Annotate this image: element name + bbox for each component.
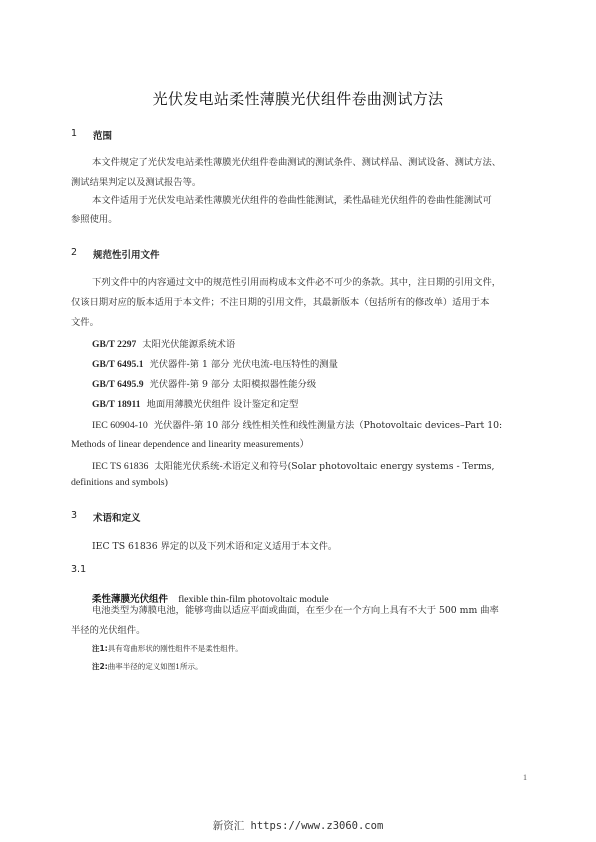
definition-line: 半径的光伏组件。 — [71, 623, 145, 639]
paragraph-line: 仅该日期对应的版本适用于本文件；不注日期的引用文件，其最新版本（包括所有的修改单… — [71, 295, 489, 311]
reference-title: 地面用薄膜光伏组件 设计鉴定和定型 — [147, 399, 299, 410]
note-label: 注2: — [92, 662, 108, 671]
note-label: 注1: — [92, 644, 108, 653]
reference-title: 光伏器件-第 9 部分 太阳模拟器性能分级 — [149, 379, 316, 390]
reference-title: 光伏器件-第 10 部分 线性相关性和线性测量方法（Photovoltaic d… — [154, 420, 502, 431]
definition-line: 电池类型为薄膜电池，能够弯曲以适应平面或曲面，在至少在一个方向上具有不大于 50… — [92, 603, 499, 619]
section-heading: 术语和定义 — [93, 510, 141, 524]
paragraph-line: IEC TS 61836 界定的以及下列术语和定义适用于本文件。 — [92, 539, 337, 555]
reference-item: GB/T 6495.1 光伏器件-第 1 部分 光伏电流-电压特性的测量 — [92, 356, 338, 370]
note-text: 具有弯曲形状的刚性组件不是柔性组件。 — [108, 644, 243, 653]
paragraph-line: 文件。 — [71, 315, 99, 331]
reference-item: IEC TS 61836 太阳能光伏系统-术语定义和符号(Solar photo… — [92, 458, 495, 472]
reference-title-continued: Methods of linear dependence and lineari… — [71, 436, 309, 450]
note-item: 注1:具有弯曲形状的刚性组件不是柔性组件。 — [92, 643, 243, 654]
reference-code: IEC TS 61836 — [92, 461, 148, 472]
paragraph-line: 本文件适用于光伏发电站柔性薄膜光伏组件的卷曲性能测试，柔性晶硅光伏组件的卷曲性能… — [92, 193, 492, 209]
subsection-number: 3.1 — [71, 564, 86, 575]
reference-code: GB/T 18911 — [92, 399, 141, 410]
reference-item: GB/T 18911 地面用薄膜光伏组件 设计鉴定和定型 — [92, 396, 298, 410]
note-text: 曲率半径的定义如图1所示。 — [108, 662, 203, 671]
reference-code: GB/T 6495.1 — [92, 359, 144, 370]
reference-item: IEC 60904-10 光伏器件-第 10 部分 线性相关性和线性测量方法（P… — [92, 417, 502, 431]
reference-code: GB/T 2297 — [92, 339, 136, 350]
section-heading: 规范性引用文件 — [93, 247, 160, 261]
section-number: 3 — [71, 510, 77, 521]
reference-code: GB/T 6495.9 — [92, 379, 144, 390]
section-number: 2 — [71, 247, 77, 258]
paragraph-line: 参照使用。 — [71, 212, 118, 228]
section-number: 1 — [71, 128, 77, 139]
reference-code: IEC 60904-10 — [92, 420, 148, 431]
page-number: 1 — [523, 773, 527, 782]
section-heading: 范围 — [93, 128, 112, 142]
paragraph-line: 下列文件中的内容通过文中的规范性引用而构成本文件必不可少的条款。其中，注日期的引… — [92, 275, 501, 291]
document-title: 光伏发电站柔性薄膜光伏组件卷曲测试方法 — [0, 88, 596, 109]
paragraph-line: 本文件规定了光伏发电站柔性薄膜光伏组件卷曲测试的测试条件、测试样品、测试设备、测… — [92, 155, 501, 171]
paragraph-line: 测试结果判定以及测试报告等。 — [71, 175, 201, 191]
reference-title-continued: definitions and symbols) — [71, 477, 168, 488]
reference-title: 太阳光伏能源系统术语 — [142, 339, 235, 350]
footer-watermark: 新资汇 https://www.z3060.com — [0, 818, 596, 833]
reference-item: GB/T 2297 太阳光伏能源系统术语 — [92, 336, 235, 350]
note-item: 注2:曲率半径的定义如图1所示。 — [92, 661, 203, 672]
reference-title: 光伏器件-第 1 部分 光伏电流-电压特性的测量 — [149, 359, 337, 370]
reference-title: 太阳能光伏系统-术语定义和符号(Solar photovoltaic energ… — [154, 461, 494, 472]
reference-item: GB/T 6495.9 光伏器件-第 9 部分 太阳模拟器性能分级 — [92, 376, 316, 390]
